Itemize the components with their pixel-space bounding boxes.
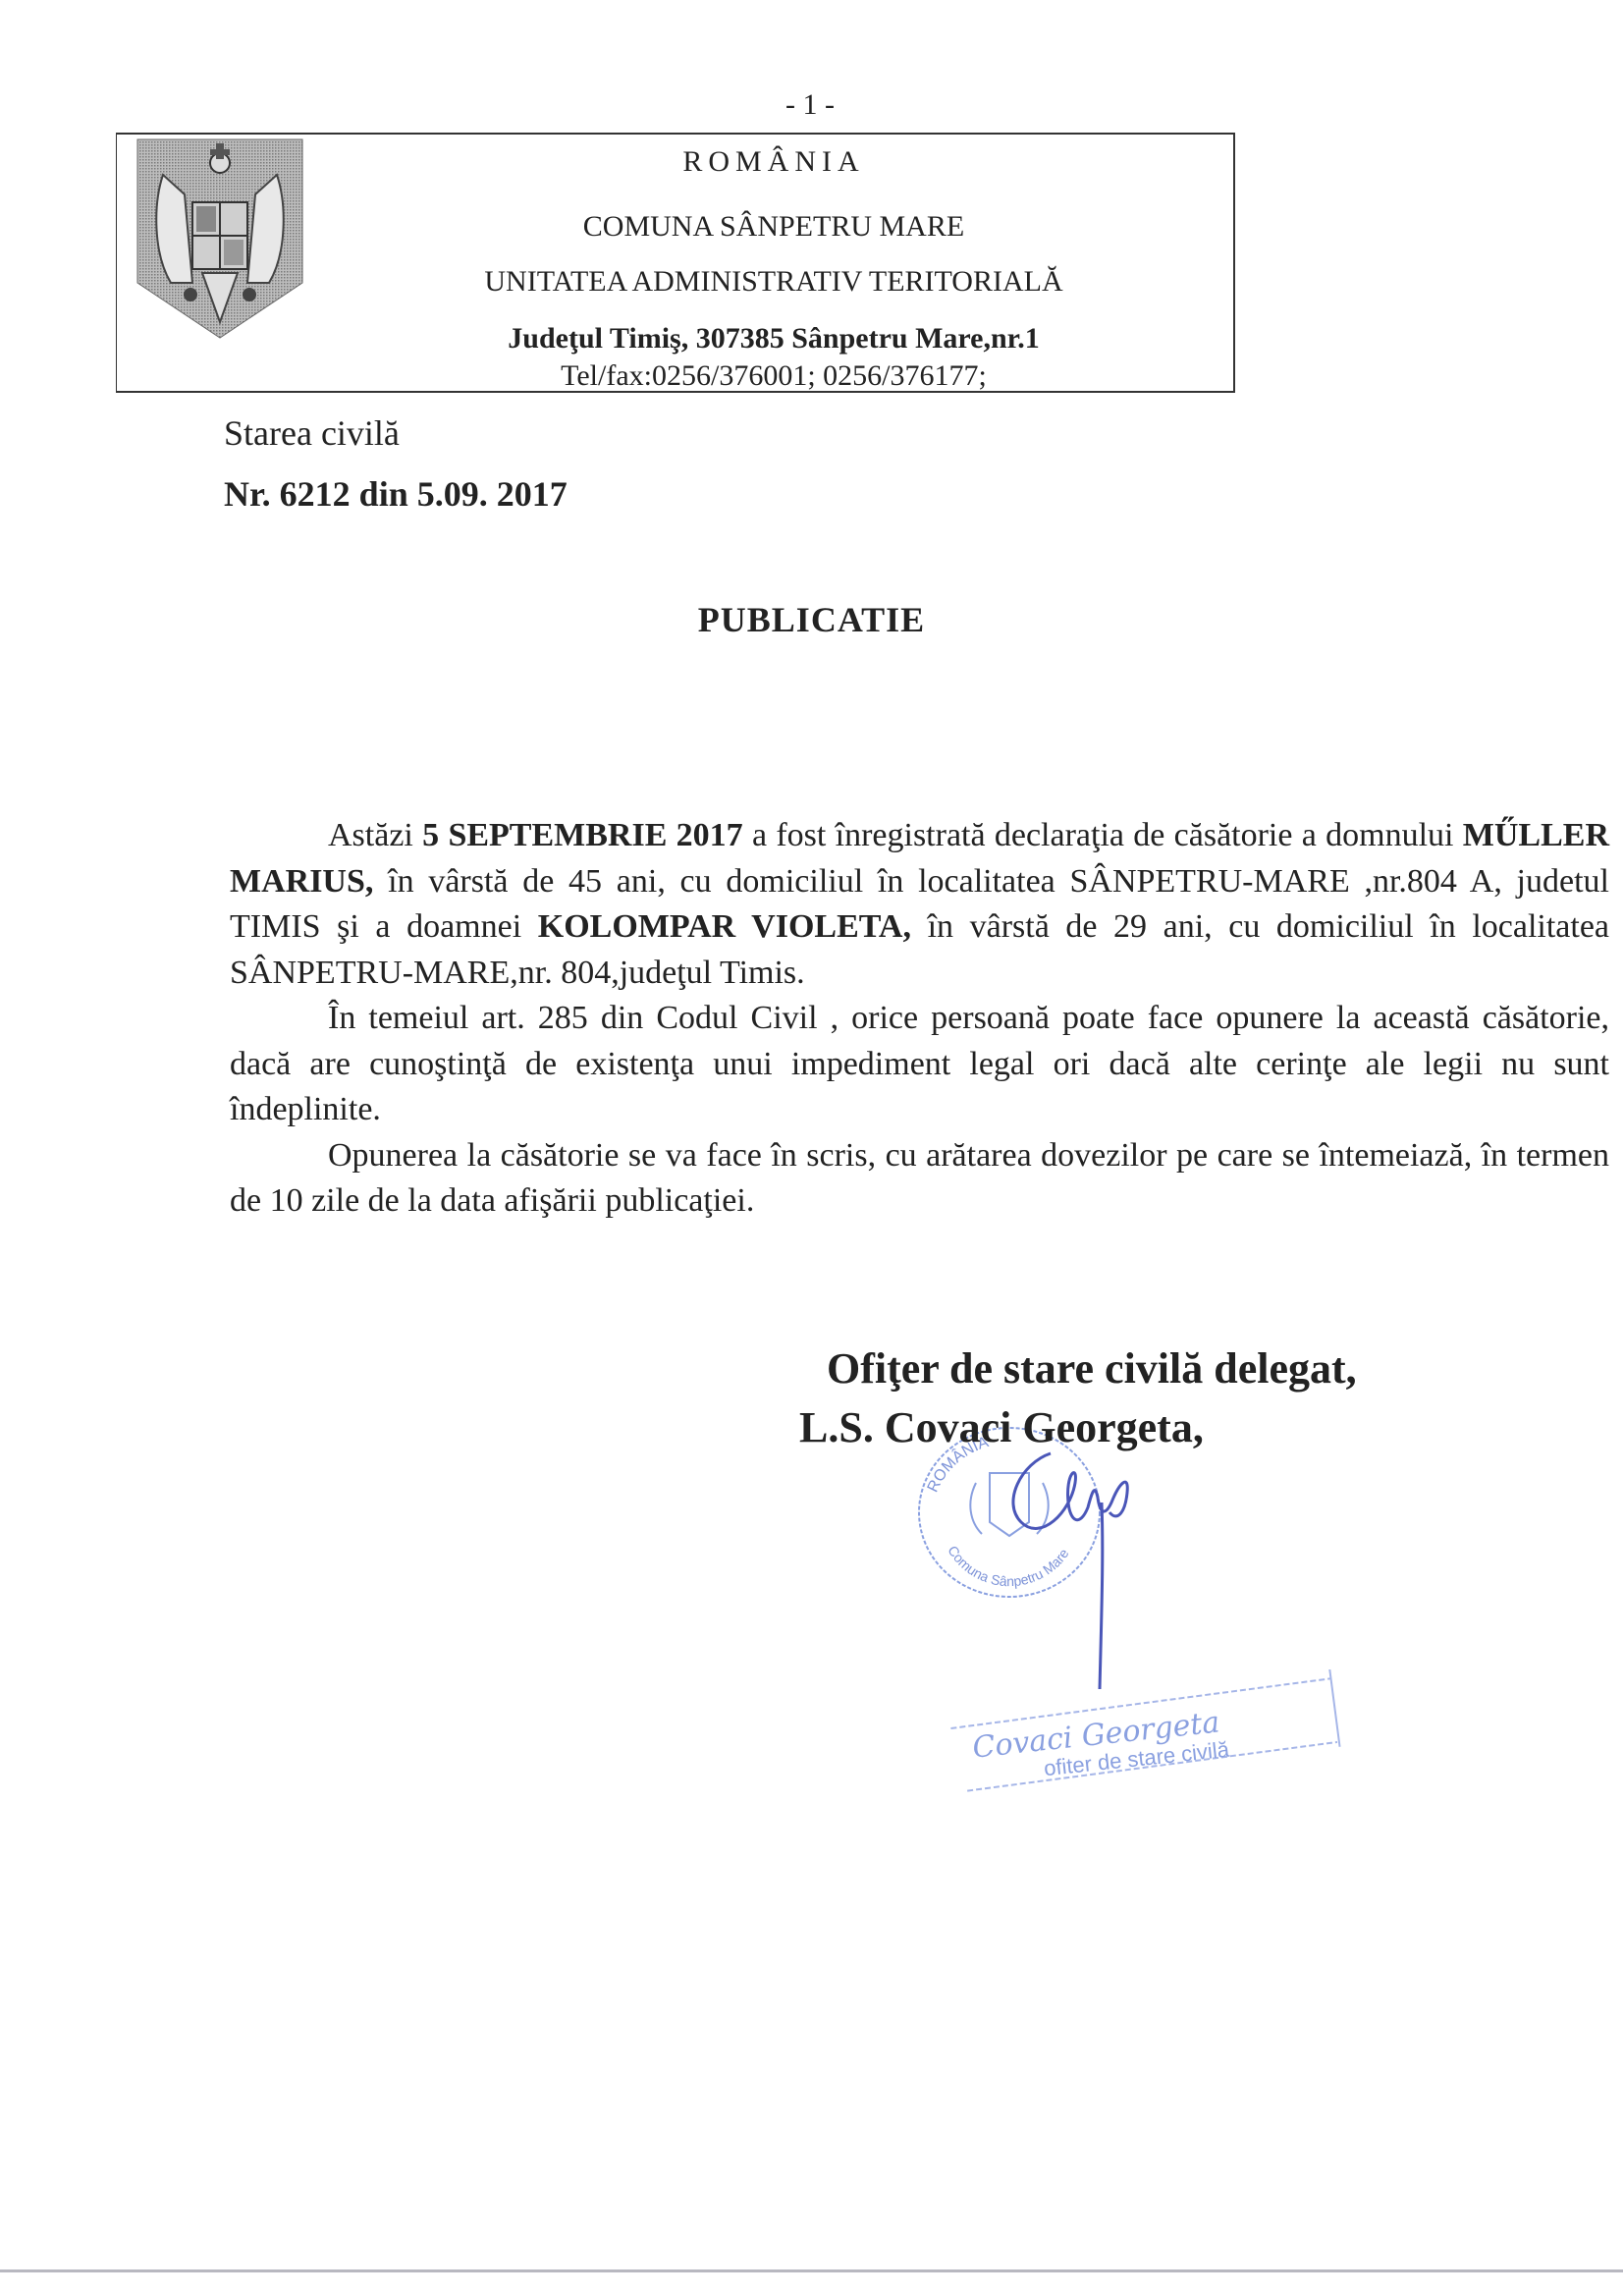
- registry-number: Nr. 6212 din 5.09. 2017: [224, 473, 568, 515]
- declaration-date: 5 SEPTEMBRIE 2017: [422, 817, 743, 853]
- bride-name: KOLOMPAR VIOLETA,: [538, 908, 911, 945]
- header-unit: UNITATEA ADMINISTRATIV TERITORIALĂ: [312, 265, 1235, 299]
- header-phone: Tel/fax:0256/376001; 0256/376177;: [312, 359, 1235, 393]
- signatory-role: Ofiţer de stare civilă delegat,: [827, 1343, 1357, 1394]
- header-commune: COMUNA SÂNPETRU MARE: [312, 210, 1235, 244]
- header-country: ROMÂNIA: [312, 145, 1235, 179]
- scan-edge-line: [0, 2269, 1623, 2272]
- text: Astăzi: [328, 817, 422, 853]
- document-title: PUBLICATIE: [0, 599, 1623, 640]
- handwritten-signature-icon: [982, 1414, 1217, 1699]
- paragraph-opposition: Opunerea la căsătorie se va face în scri…: [230, 1133, 1609, 1225]
- registry-department: Starea civilă: [224, 412, 400, 454]
- paragraph-declaration: Astăzi 5 SEPTEMBRIE 2017 a fost înregist…: [230, 813, 1609, 996]
- page-number: - 1 -: [785, 88, 835, 122]
- romanian-coat-of-arms-icon: [134, 136, 306, 342]
- header-address: Judeţul Timiş, 307385 Sânpetru Mare,nr.1: [312, 322, 1235, 355]
- document-body: Astăzi 5 SEPTEMBRIE 2017 a fost înregist…: [230, 813, 1609, 1225]
- text: a fost înregistrată declaraţia de căsăto…: [743, 817, 1463, 853]
- paragraph-legal-basis: În temeiul art. 285 din Codul Civil , or…: [230, 996, 1609, 1133]
